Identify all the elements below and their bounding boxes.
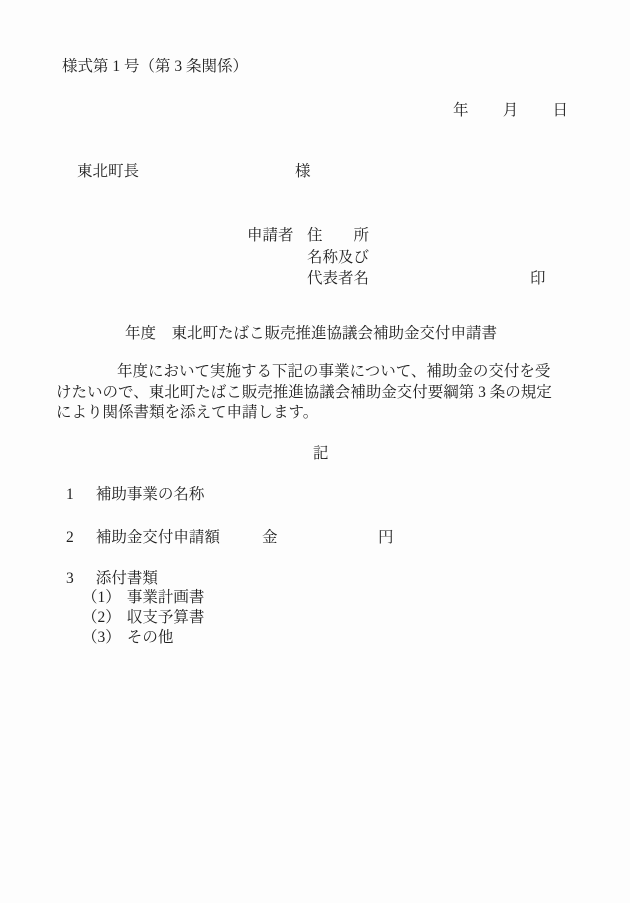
item-1-label: 補助事業の名称 <box>96 486 205 503</box>
list-item-attachments: 3 添付書類 <box>66 569 158 589</box>
attachment-item-business-plan: （1） 事業計画書 <box>82 588 204 608</box>
amount-prefix-label: 金 <box>262 528 278 548</box>
list-item-project-name: 1 補助事業の名称 <box>66 485 204 505</box>
body-line-1: 年度において実施する下記の事業について、補助金の交付を受 <box>56 362 596 383</box>
amount-suffix-label: 円 <box>378 528 394 548</box>
addressee-name: 東北町長 <box>77 162 139 182</box>
date-month-label: 月 <box>503 101 519 121</box>
date-year-label: 年 <box>453 101 469 121</box>
date-day-label: 日 <box>552 101 568 121</box>
document-title: 年度 東北町たばこ販売推進協議会補助金交付申請書 <box>125 324 497 344</box>
item-2-label: 補助金交付申請額 <box>96 529 220 546</box>
item-3-number: 3 <box>66 569 92 589</box>
body-paragraph: 年度において実施する下記の事業について、補助金の交付を受 けたいので、東北町たば… <box>56 362 596 424</box>
attachment-item-budget: （2） 収支予算書 <box>82 608 204 628</box>
form-number: 様式第 1 号（第 3 条関係） <box>62 57 248 77</box>
date-line: 年 月 日 <box>453 101 568 121</box>
body-line-3: により関係書類を添えて申請します。 <box>56 403 596 424</box>
document-page: 様式第 1 号（第 3 条関係） 年 月 日 東北町長 様 申請者 住 所 名称… <box>0 0 630 903</box>
seal-mark: 印 <box>530 269 546 289</box>
body-line-2: けたいので、東北町たばこ販売推進協議会補助金交付要綱第 3 条の規定 <box>56 383 596 404</box>
item-1-number: 1 <box>66 485 92 505</box>
applicant-address-label: 住 所 <box>307 226 369 246</box>
record-marker: 記 <box>313 444 329 464</box>
attachment-3-label: その他 <box>127 629 174 646</box>
list-item-subsidy-amount: 2 補助金交付申請額 金 円 <box>66 528 220 548</box>
attachment-1-number: （1） <box>82 588 123 608</box>
applicant-name-label: 名称及び <box>307 248 369 268</box>
applicant-representative-label: 代表者名 <box>307 269 369 289</box>
addressee-honorific: 様 <box>295 162 311 182</box>
attachment-1-label: 事業計画書 <box>127 589 205 606</box>
item-2-number: 2 <box>66 528 92 548</box>
applicant-label: 申請者 <box>247 226 294 246</box>
attachment-3-number: （3） <box>82 628 123 648</box>
attachment-2-label: 収支予算書 <box>127 609 205 626</box>
attachment-2-number: （2） <box>82 608 123 628</box>
attachment-item-other: （3） その他 <box>82 628 173 648</box>
item-3-label: 添付書類 <box>96 570 158 587</box>
